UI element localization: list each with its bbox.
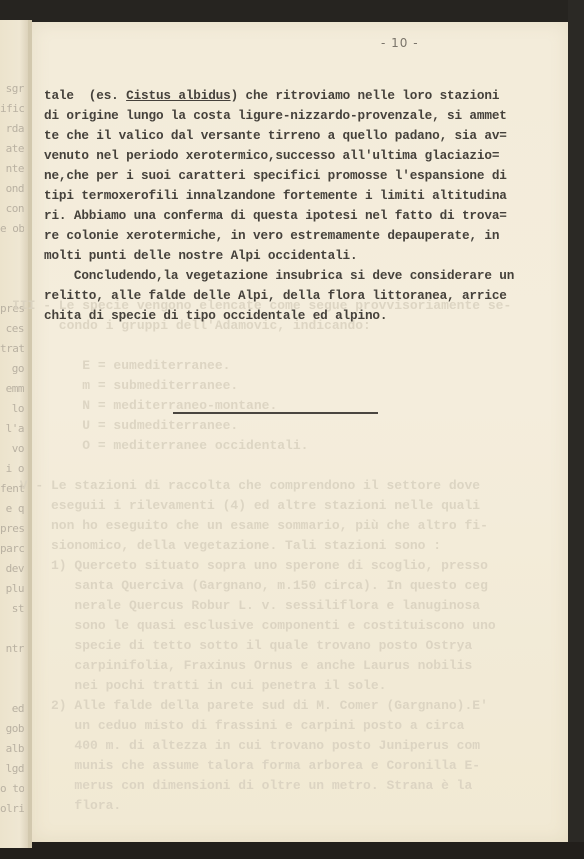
text-line: te che il valico dal versante tirreno a …: [44, 126, 559, 146]
body-text: tale (es. Cistus albidus) che ritroviamo…: [44, 86, 559, 326]
scanner-bottom-border: [0, 842, 584, 859]
previous-page-text-fragment: nte: [0, 162, 24, 175]
page-number: - 10 -: [381, 36, 419, 50]
text-line: di origine lungo la costa ligure-nizzard…: [44, 106, 559, 126]
previous-page-text-fragment: rda: [0, 122, 24, 135]
text-line: tale (es. Cistus albidus) che ritroviamo…: [44, 86, 559, 106]
section-divider-rule: [173, 412, 378, 414]
text-line: ri. Abbiamo una conferma di questa ipote…: [44, 206, 559, 226]
previous-page-text-fragment: ond: [0, 182, 24, 195]
text-line: re colonie xerotermiche, in vero estrema…: [44, 226, 559, 246]
previous-page-text-fragment: ate: [0, 142, 24, 155]
bleed-through-text: III - Le specie vengono elencate come se…: [12, 296, 511, 816]
text-line: tipi termoxerofili innalzandone fortemen…: [44, 186, 559, 206]
text-line: molti punti delle nostre Alpi occidental…: [44, 246, 559, 266]
previous-page-text-fragment: e ob: [0, 222, 24, 235]
previous-page-text-fragment: con: [0, 202, 24, 215]
text-line: ne,che per i suoi caratteri specifici pr…: [44, 166, 559, 186]
scanner-top-border: [0, 0, 584, 22]
scanned-document-viewport: sgrificardaatenteondcone obprescestratgo…: [0, 0, 584, 859]
text-line: relitto, alle falde delle Alpi, della fl…: [44, 286, 559, 306]
paragraph-1: tale (es. Cistus albidus) che ritroviamo…: [44, 86, 559, 266]
document-page: - 10 - III - Le specie vengono elencate …: [32, 22, 568, 842]
text-line: venuto nel periodo xerotermico,successo …: [44, 146, 559, 166]
species-name-cistus-albidus: Cistus albidus: [126, 88, 231, 103]
previous-page-text-fragment: sgr: [0, 82, 24, 95]
previous-page-text-fragment: ifica: [0, 102, 24, 115]
text-line: Concludendo,la vegetazione insubrica si …: [44, 266, 559, 286]
scanner-right-border: [568, 0, 584, 859]
paragraph-2: Concludendo,la vegetazione insubrica si …: [44, 266, 559, 326]
text-line: chita di specie di tipo occidentale ed a…: [44, 306, 559, 326]
